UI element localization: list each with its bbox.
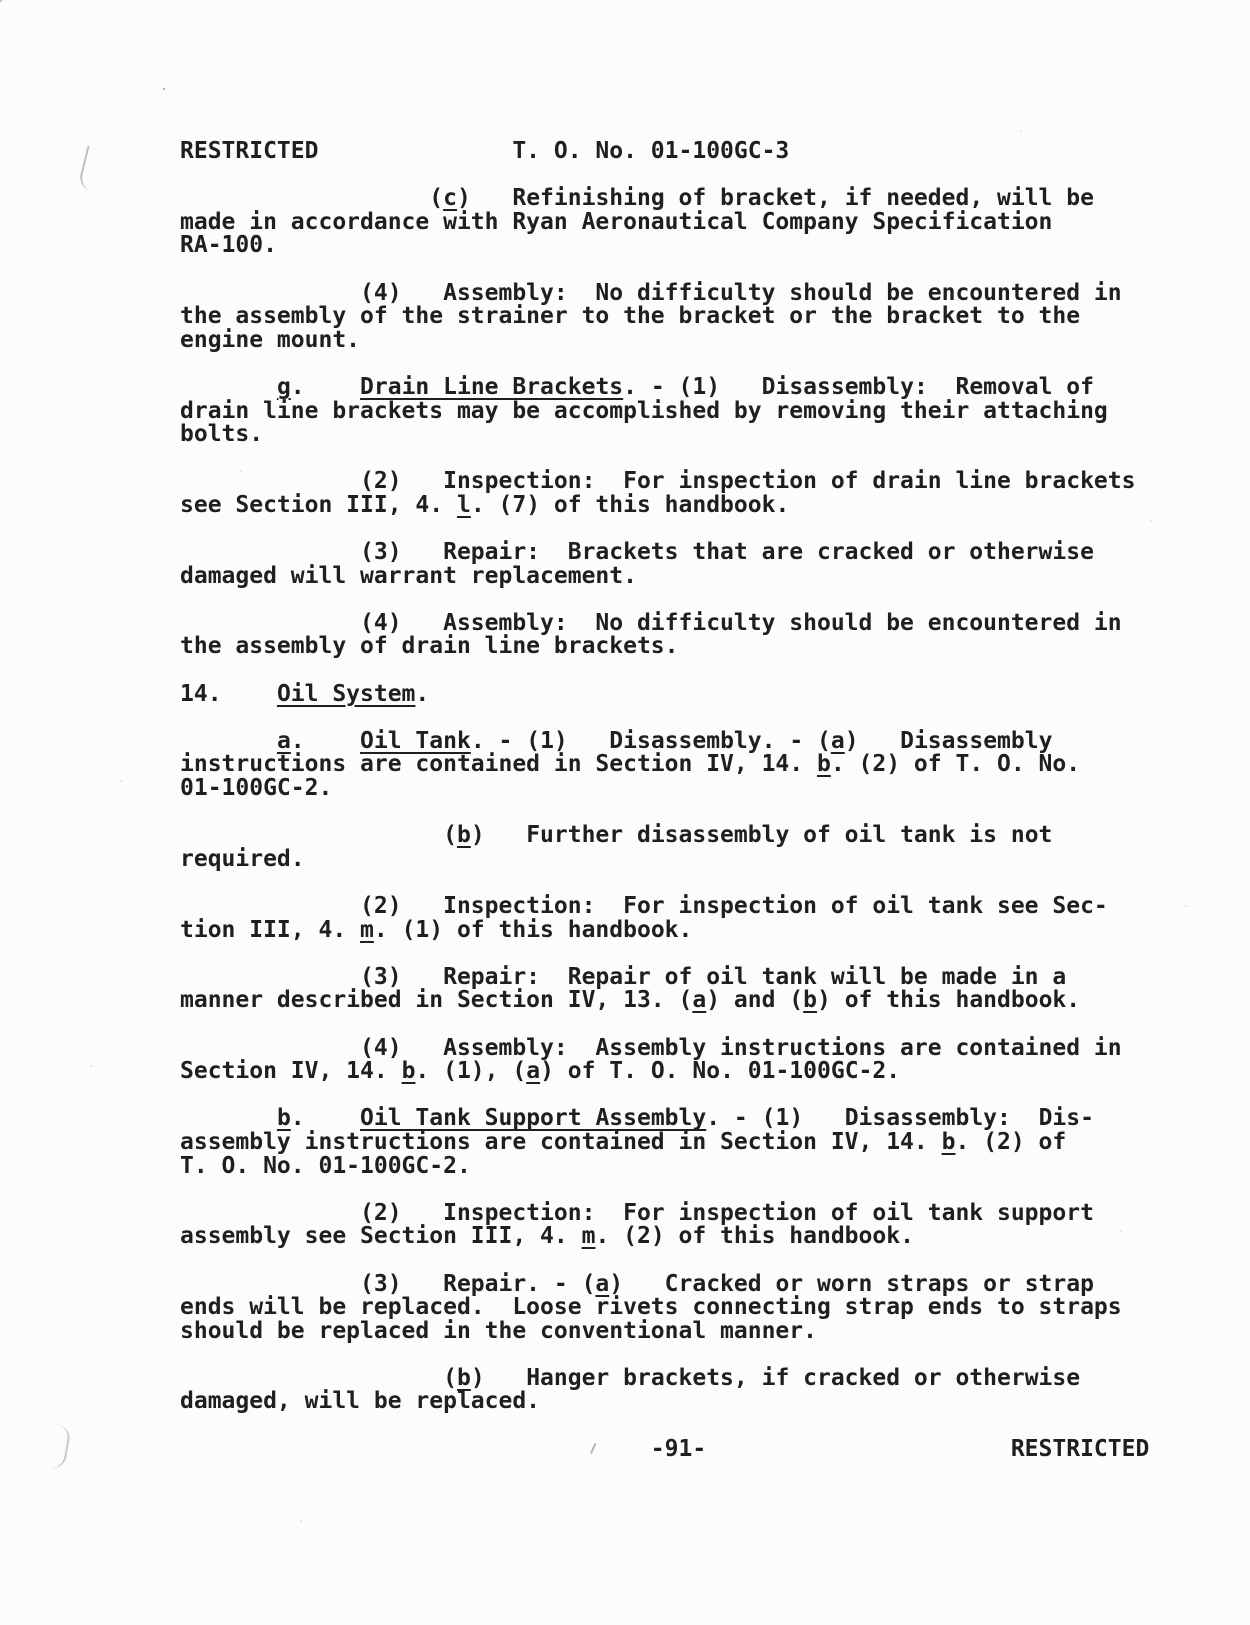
text-segment: [180, 1105, 277, 1131]
text-segment: (4) Assembly: No difficulty should be en…: [180, 280, 1122, 306]
text-line: (4) Assembly: No difficulty should be en…: [180, 612, 1149, 636]
paragraph: (2) Inspection: For inspection of oil ta…: [180, 1202, 1149, 1249]
text-line: g. Drain Line Brackets. - (1) Disassembl…: [180, 376, 1149, 400]
text-line: 01-100GC-2.: [180, 777, 1149, 801]
text-segment: ) of this handbook.: [817, 987, 1080, 1013]
underlined-text: Oil Tank: [360, 728, 471, 754]
blank-line: [180, 1249, 1149, 1273]
text-line: T. O. No. 01-100GC-2.: [180, 1155, 1149, 1179]
paragraph: (2) Inspection: For inspection of drain …: [180, 470, 1149, 517]
paragraph: (3) Repair: Brackets that are cracked or…: [180, 541, 1149, 588]
underlined-text: b: [277, 1105, 291, 1131]
blank-line: [180, 352, 1149, 376]
text-segment: (: [180, 185, 443, 211]
underlined-text: Oil System: [277, 681, 415, 707]
underlined-text: a: [277, 728, 291, 754]
blank-line: [180, 164, 1149, 188]
underlined-text: a: [595, 1271, 609, 1297]
document-page: RESTRICTED T. O. No. 01-100GC-3 (c) Refi…: [0, 0, 1250, 1625]
paragraph: g. Drain Line Brackets. - (1) Disassembl…: [180, 376, 1149, 447]
text-line: -91- RESTRICTED: [180, 1438, 1149, 1462]
text-segment: ) Cracked or worn straps or strap: [609, 1271, 1094, 1297]
underlined-text: Oil Tank Support Assembly: [360, 1105, 706, 1131]
paragraph: (4) Assembly: No difficulty should be en…: [180, 282, 1149, 353]
text-line: made in accordance with Ryan Aeronautica…: [180, 211, 1149, 235]
text-segment: damaged, will be replaced.: [180, 1388, 540, 1414]
blank-line: [180, 1343, 1149, 1367]
text-line: manner described in Section IV, 13. (a) …: [180, 989, 1149, 1013]
text-segment: (: [180, 822, 457, 848]
paragraph: (4) Assembly: Assembly instructions are …: [180, 1037, 1149, 1084]
text-segment: (3) Repair: Repair of oil tank will be m…: [180, 964, 1066, 990]
text-segment: . (7) of this handbook.: [471, 492, 790, 518]
blank-line: [180, 258, 1149, 282]
paragraph: a. Oil Tank. - (1) Disassembly. - (a) Di…: [180, 730, 1149, 801]
text-segment: ends will be replaced. Loose rivets conn…: [180, 1294, 1122, 1320]
underlined-text: b: [817, 751, 831, 777]
blank-line: [180, 871, 1149, 895]
paragraph: (b) Further disassembly of oil tank is n…: [180, 824, 1149, 871]
blank-line: [180, 1414, 1149, 1438]
text-line: (2) Inspection: For inspection of oil ta…: [180, 1202, 1149, 1226]
text-line: see Section III, 4. l. (7) of this handb…: [180, 494, 1149, 518]
text-segment: bolts.: [180, 421, 263, 447]
text-line: (3) Repair: Brackets that are cracked or…: [180, 541, 1149, 565]
text-line: damaged, will be replaced.: [180, 1390, 1149, 1414]
blank-line: [180, 942, 1149, 966]
text-line: (2) Inspection: For inspection of oil ta…: [180, 895, 1149, 919]
text-line: Section IV, 14. b. (1), (a) of T. O. No.…: [180, 1060, 1149, 1084]
text-line: (2) Inspection: For inspection of drain …: [180, 470, 1149, 494]
text-line: the assembly of the strainer to the brac…: [180, 305, 1149, 329]
scan-artifact: [46, 1424, 71, 1470]
page-header: RESTRICTED T. O. No. 01-100GC-3: [180, 140, 1149, 164]
underlined-text: b: [457, 822, 471, 848]
text-segment: engine mount.: [180, 327, 360, 353]
paragraph: 14. Oil System.: [180, 683, 1149, 707]
paragraph: (b) Hanger brackets, if cracked or other…: [180, 1367, 1149, 1414]
text-line: drain line brackets may be accomplished …: [180, 400, 1149, 424]
text-segment: the assembly of the strainer to the brac…: [180, 303, 1080, 329]
underlined-text: a: [526, 1058, 540, 1084]
text-segment: . - (1) Disassembly. - (: [471, 728, 831, 754]
text-segment: .: [291, 728, 360, 754]
text-segment: 01-100GC-2.: [180, 775, 332, 801]
paragraph: (c) Refinishing of bracket, if needed, w…: [180, 187, 1149, 258]
text-segment: .: [291, 1105, 360, 1131]
text-line: (4) Assembly: Assembly instructions are …: [180, 1037, 1149, 1061]
text-line: engine mount.: [180, 329, 1149, 353]
page-footer: -91- RESTRICTED: [180, 1438, 1149, 1462]
text-segment: . (2) of T. O. No.: [831, 751, 1080, 777]
text-segment: ) of T. O. No. 01-100GC-2.: [540, 1058, 900, 1084]
underlined-text: a: [692, 987, 706, 1013]
blank-line: [180, 588, 1149, 612]
blank-line: [180, 518, 1149, 542]
underlined-text: m: [582, 1223, 596, 1249]
text-segment: Section IV, 14.: [180, 1058, 402, 1084]
paragraph: (3) Repair: Repair of oil tank will be m…: [180, 966, 1149, 1013]
text-segment: (2) Inspection: For inspection of drain …: [180, 468, 1135, 494]
text-segment: ) Disassembly: [845, 728, 1053, 754]
text-line: assembly instructions are contained in S…: [180, 1131, 1149, 1155]
text-line: (b) Hanger brackets, if cracked or other…: [180, 1367, 1149, 1391]
text-segment: should be replaced in the conventional m…: [180, 1318, 817, 1344]
text-segment: . (2) of this handbook.: [595, 1223, 914, 1249]
text-segment: (4) Assembly: No difficulty should be en…: [180, 610, 1122, 636]
scan-speckles: [0, 0, 2, 2]
text-segment: [180, 728, 277, 754]
text-segment: the assembly of drain line brackets.: [180, 633, 679, 659]
text-segment: made in accordance with Ryan Aeronautica…: [180, 209, 1052, 235]
text-line: tion III, 4. m. (1) of this handbook.: [180, 919, 1149, 943]
text-line: (c) Refinishing of bracket, if needed, w…: [180, 187, 1149, 211]
text-segment: manner described in Section IV, 13. (: [180, 987, 692, 1013]
text-segment: ) Refinishing of bracket, if needed, wil…: [457, 185, 1094, 211]
text-line: (3) Repair. - (a) Cracked or worn straps…: [180, 1273, 1149, 1297]
text-segment: RA-100.: [180, 232, 277, 258]
text-segment: see Section III, 4.: [180, 492, 457, 518]
underlined-text: m: [360, 917, 374, 943]
text-segment: . - (1) Disassembly: Dis-: [706, 1105, 1094, 1131]
text-segment: ) Further disassembly of oil tank is not: [471, 822, 1053, 848]
text-line: 14. Oil System.: [180, 683, 1149, 707]
text-segment: (: [180, 1365, 457, 1391]
text-segment: [180, 374, 277, 400]
underlined-text: g: [277, 374, 291, 400]
text-line: required.: [180, 848, 1149, 872]
text-segment: .: [415, 681, 429, 707]
blank-line: [180, 1178, 1149, 1202]
text-segment: tion III, 4.: [180, 917, 360, 943]
text-segment: . - (1) Disassembly: Removal of: [623, 374, 1094, 400]
blank-line: [180, 1084, 1149, 1108]
text-line: RA-100.: [180, 234, 1149, 258]
text-segment: assembly see Section III, 4.: [180, 1223, 582, 1249]
text-segment: RESTRICTED T. O. No. 01-100GC-3: [180, 138, 789, 164]
text-segment: (2) Inspection: For inspection of oil ta…: [180, 893, 1108, 919]
scan-artifact: [77, 146, 103, 193]
text-line: the assembly of drain line brackets.: [180, 635, 1149, 659]
text-line: damaged will warrant replacement.: [180, 565, 1149, 589]
text-segment: . (2) of: [955, 1129, 1066, 1155]
text-segment: 14.: [180, 681, 277, 707]
text-line: ends will be replaced. Loose rivets conn…: [180, 1296, 1149, 1320]
underlined-text: b: [942, 1129, 956, 1155]
text-line: instructions are contained in Section IV…: [180, 753, 1149, 777]
text-line: b. Oil Tank Support Assembly. - (1) Disa…: [180, 1107, 1149, 1131]
text-segment: ) Hanger brackets, if cracked or otherwi…: [471, 1365, 1080, 1391]
text-line: (4) Assembly: No difficulty should be en…: [180, 282, 1149, 306]
text-segment: instructions are contained in Section IV…: [180, 751, 817, 777]
blank-line: [180, 447, 1149, 471]
text-segment: required.: [180, 846, 305, 872]
text-segment: (3) Repair: Brackets that are cracked or…: [180, 539, 1094, 565]
paragraph: (3) Repair. - (a) Cracked or worn straps…: [180, 1273, 1149, 1344]
paragraph: (4) Assembly: No difficulty should be en…: [180, 612, 1149, 659]
underlined-text: a: [831, 728, 845, 754]
text-segment: (4) Assembly: Assembly instructions are …: [180, 1035, 1122, 1061]
text-segment: T. O. No. 01-100GC-2.: [180, 1153, 471, 1179]
text-segment: (2) Inspection: For inspection of oil ta…: [180, 1200, 1094, 1226]
text-segment: .: [291, 374, 360, 400]
text-line: a. Oil Tank. - (1) Disassembly. - (a) Di…: [180, 730, 1149, 754]
blank-line: [180, 1013, 1149, 1037]
text-line: (3) Repair: Repair of oil tank will be m…: [180, 966, 1149, 990]
underlined-text: b: [457, 1365, 471, 1391]
text-line: RESTRICTED T. O. No. 01-100GC-3: [180, 140, 1149, 164]
blank-line: [180, 659, 1149, 683]
text-segment: . (1), (: [415, 1058, 526, 1084]
blank-line: [180, 706, 1149, 730]
text-segment: . (1) of this handbook.: [374, 917, 693, 943]
blank-line: [180, 801, 1149, 825]
paragraph: b. Oil Tank Support Assembly. - (1) Disa…: [180, 1107, 1149, 1178]
document-text: RESTRICTED T. O. No. 01-100GC-3 (c) Refi…: [180, 140, 1149, 1461]
text-segment: damaged will warrant replacement.: [180, 563, 637, 589]
text-line: assembly see Section III, 4. m. (2) of t…: [180, 1225, 1149, 1249]
underlined-text: b: [402, 1058, 416, 1084]
text-segment: (3) Repair. - (: [180, 1271, 595, 1297]
underlined-text: b: [803, 987, 817, 1013]
text-segment: drain line brackets may be accomplished …: [180, 398, 1108, 424]
text-line: bolts.: [180, 423, 1149, 447]
text-segment: -91- RESTRICTED: [180, 1436, 1149, 1462]
text-segment: assembly instructions are contained in S…: [180, 1129, 942, 1155]
underlined-text: l: [457, 492, 471, 518]
text-line: (b) Further disassembly of oil tank is n…: [180, 824, 1149, 848]
text-line: should be replaced in the conventional m…: [180, 1320, 1149, 1344]
underlined-text: c: [443, 185, 457, 211]
text-segment: ) and (: [706, 987, 803, 1013]
underlined-text: Drain Line Brackets: [360, 374, 623, 400]
paragraph: (2) Inspection: For inspection of oil ta…: [180, 895, 1149, 942]
